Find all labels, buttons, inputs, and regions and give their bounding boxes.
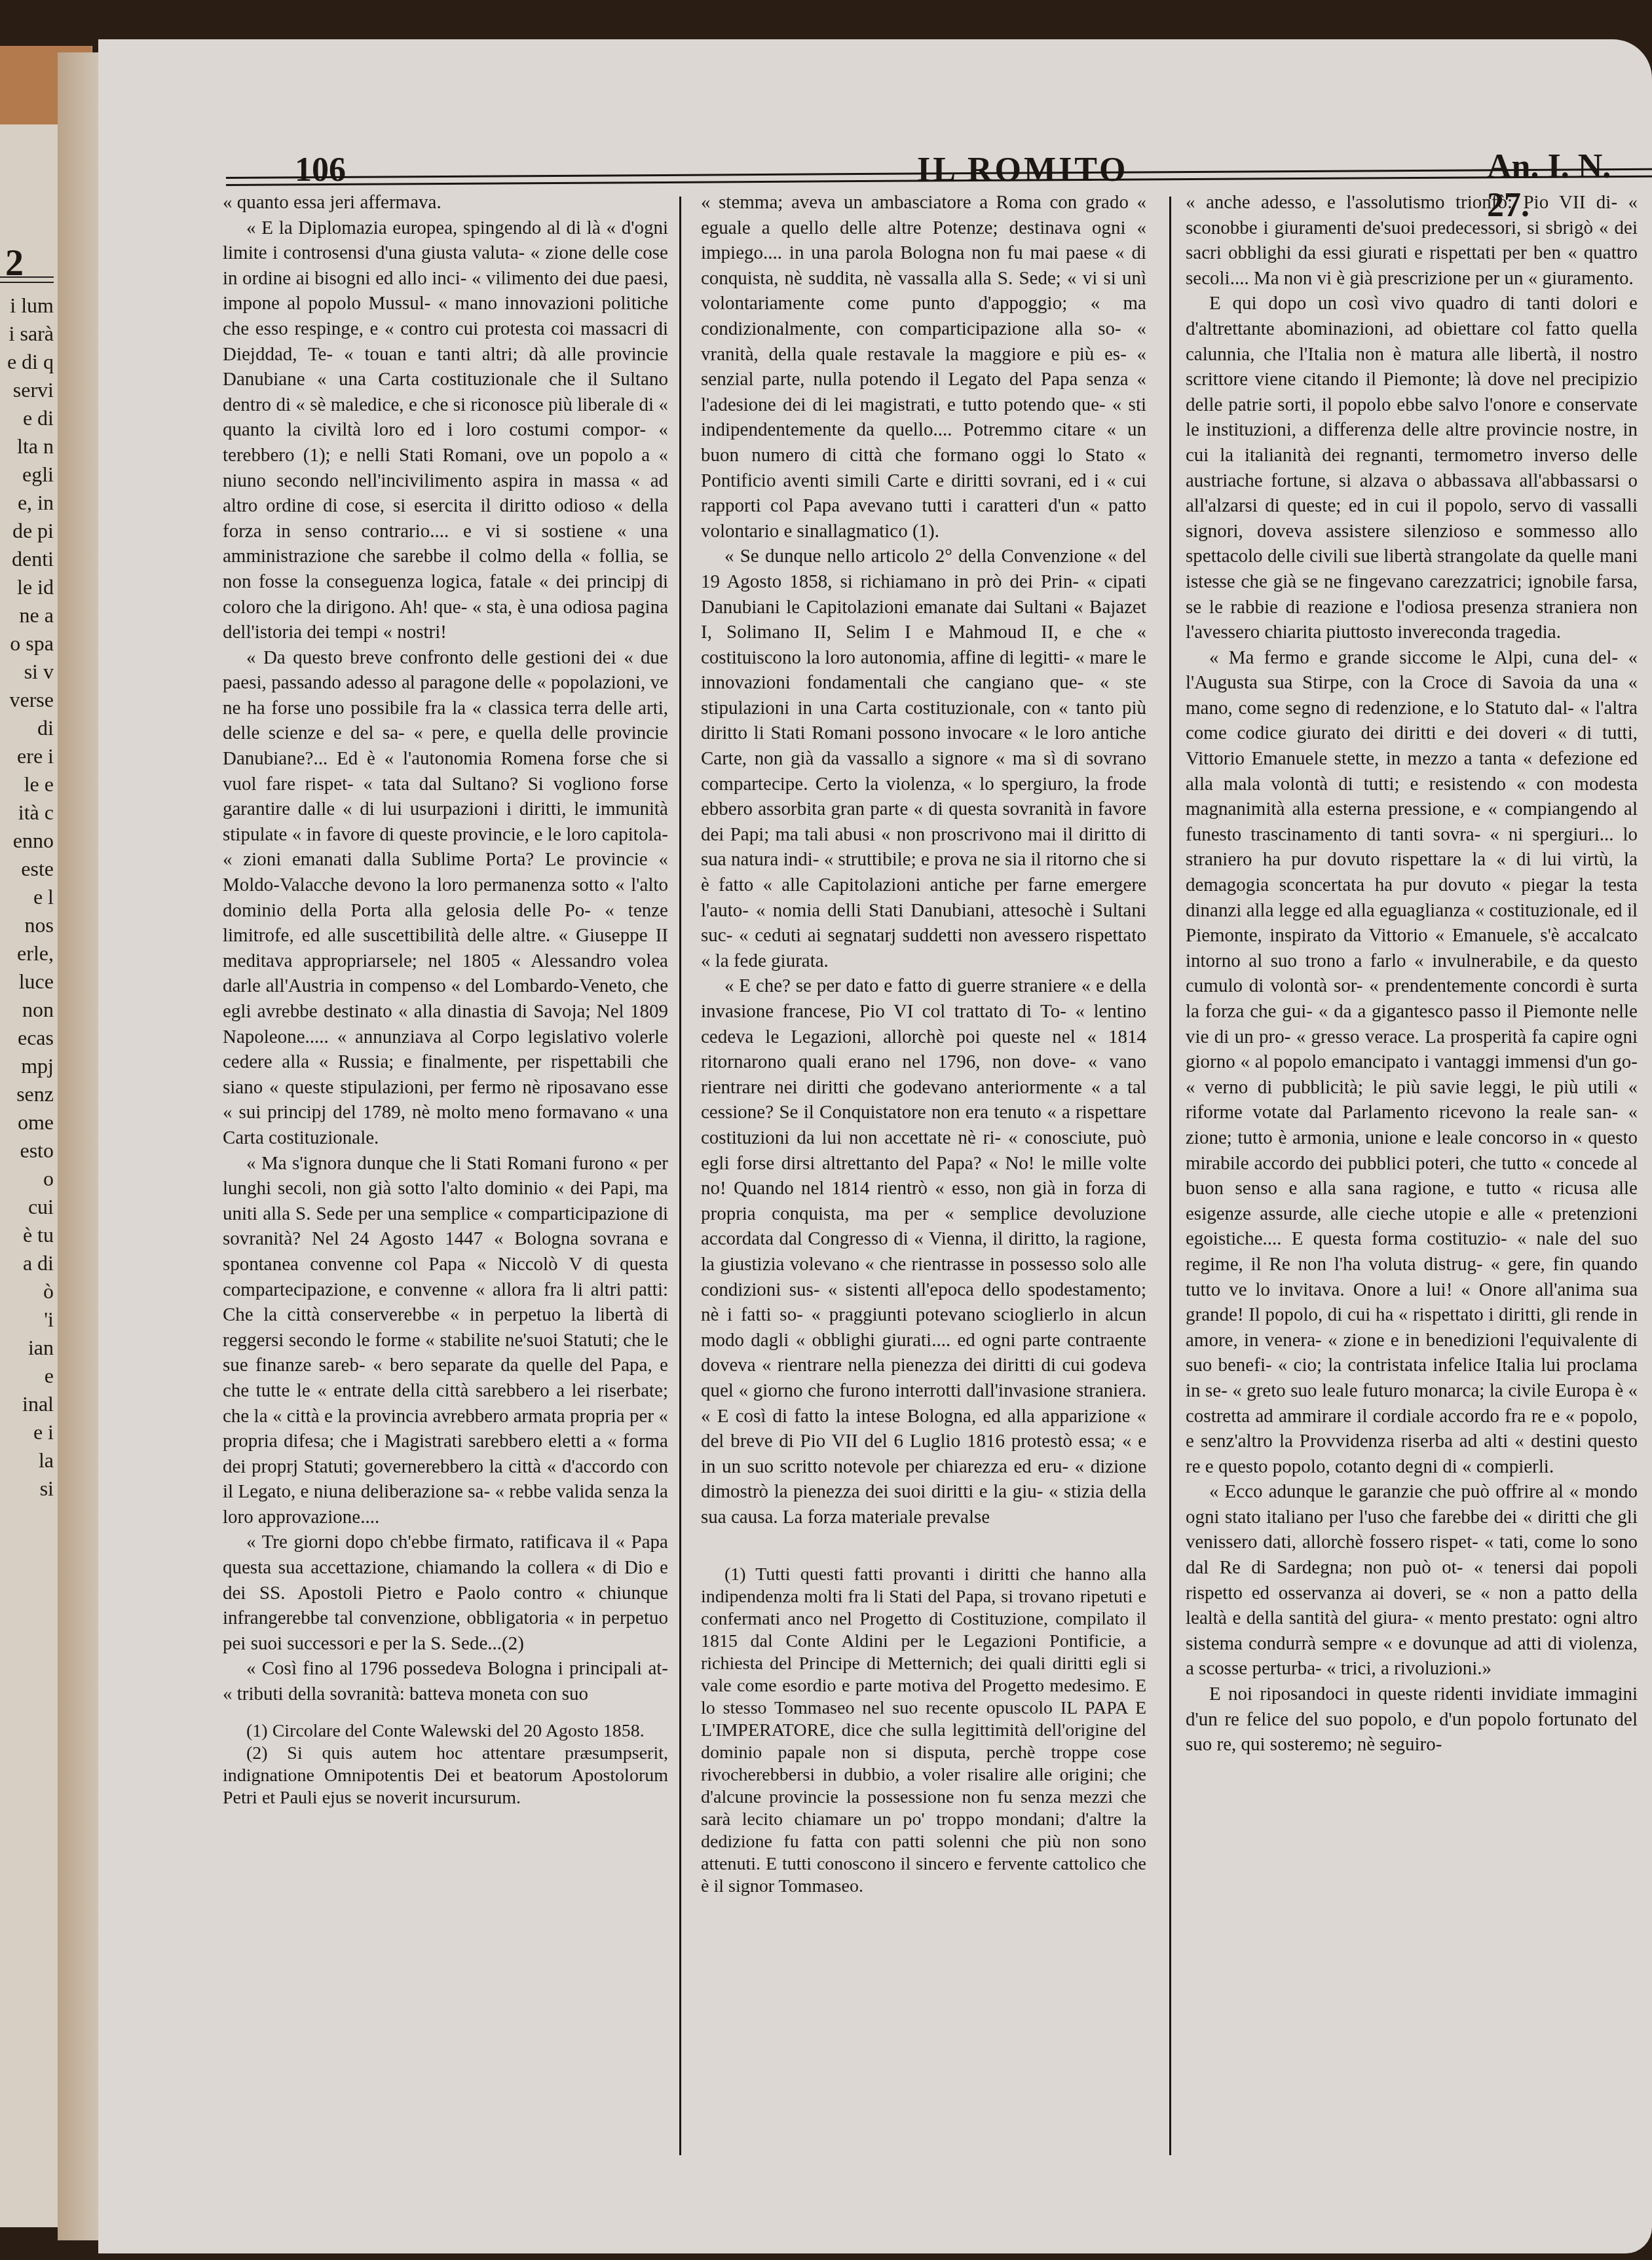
paragraph: « Se dunque nello articolo 2° della Conv…: [701, 544, 1146, 973]
previous-page-line: ità c: [0, 799, 54, 827]
column-divider: [1169, 197, 1171, 2155]
previous-page-line: inal: [0, 1390, 54, 1418]
previous-page-line: la: [0, 1446, 54, 1475]
previous-page-line: e i: [0, 1418, 54, 1446]
previous-page-line: a di: [0, 1249, 54, 1277]
column-divider: [679, 197, 681, 2155]
previous-page-line: si: [0, 1475, 54, 1503]
previous-page-line: senz: [0, 1080, 54, 1108]
previous-page-line: ome: [0, 1108, 54, 1137]
previous-page-line: cui: [0, 1193, 54, 1221]
previous-page-text: i lumi saràe di qservie dilta neglie, in…: [0, 292, 54, 1503]
paragraph: « stemma; aveva un ambasciatore a Roma c…: [701, 190, 1146, 544]
previous-page-line: i lum: [0, 292, 54, 320]
previous-page-line: servi: [0, 376, 54, 404]
paragraph: « Ma s'ignora dunque che li Stati Romani…: [223, 1151, 668, 1530]
previous-page-line: ian: [0, 1334, 54, 1362]
footnotes: (1) Tutti questi fatti provanti i diritt…: [701, 1564, 1146, 1898]
previous-page-line: lta n: [0, 432, 54, 461]
previous-page-line: luce: [0, 968, 54, 996]
previous-page-line: le id: [0, 573, 54, 601]
footnotes: (1) Circolare del Conte Walewski del 20 …: [223, 1720, 668, 1809]
previous-page-line: ecas: [0, 1024, 54, 1052]
previous-page-line: nos: [0, 911, 54, 939]
previous-page-line: di: [0, 714, 54, 742]
footnote: (1) Circolare del Conte Walewski del 20 …: [223, 1720, 668, 1742]
previous-page-line: esto: [0, 1137, 54, 1165]
previous-page-line: e l: [0, 883, 54, 911]
page-header: 106 IL ROMITO An. I. N. 27.: [98, 111, 1652, 164]
previous-page-line: e di q: [0, 348, 54, 376]
previous-page-line: e, in: [0, 489, 54, 517]
column-2: « stemma; aveva un ambasciatore a Roma c…: [701, 190, 1146, 1898]
previous-page-line: este: [0, 855, 54, 883]
paragraph: E noi riposandoci in queste ridenti invi…: [1186, 1682, 1638, 1758]
paragraph: « E la Diplomazia europea, spingendo al …: [223, 216, 668, 645]
previous-page-line: i sarà: [0, 320, 54, 348]
paragraph: « Ma fermo e grande siccome le Alpi, cun…: [1186, 645, 1638, 1480]
column-3: « anche adesso, e l'assolutismo trionfò:…: [1186, 190, 1638, 1758]
previous-page-line: o: [0, 1165, 54, 1193]
paragraph: « E che? se per dato e fatto di guerre s…: [701, 973, 1146, 1530]
paragraph: « quanto essa jeri affermava.: [223, 190, 668, 216]
previous-page-rule: [0, 276, 54, 283]
previous-page-line: denti: [0, 545, 54, 573]
newspaper-page: 106 IL ROMITO An. I. N. 27. « quanto ess…: [98, 39, 1652, 2253]
paragraph: « Così fino al 1796 possedeva Bologna i …: [223, 1656, 668, 1706]
paragraph: E qui dopo un così vivo quadro di tanti …: [1186, 291, 1638, 645]
previous-page-line: è tu: [0, 1221, 54, 1249]
previous-page-line: ò: [0, 1277, 54, 1306]
previous-page-line: si v: [0, 658, 54, 686]
column-1: « quanto essa jeri affermava. « E la Dip…: [223, 190, 668, 1809]
previous-page-line: o spa: [0, 630, 54, 658]
footnote: (1) Tutti questi fatti provanti i diritt…: [701, 1564, 1146, 1898]
previous-page-line: egli: [0, 461, 54, 489]
previous-page-line: enno: [0, 827, 54, 855]
previous-page-line: 'i: [0, 1306, 54, 1334]
paragraph: « anche adesso, e l'assolutismo trionfò:…: [1186, 190, 1638, 291]
paragraph: « Tre giorni dopo ch'ebbe firmato, ratif…: [223, 1530, 668, 1656]
paragraph: « Ecco adunque le garanzie che può offri…: [1186, 1479, 1638, 1682]
previous-page-line: le e: [0, 770, 54, 799]
previous-page-line: e: [0, 1362, 54, 1390]
previous-page-line: ne a: [0, 601, 54, 630]
previous-page-line: erle,: [0, 939, 54, 968]
masthead-title: IL ROMITO: [917, 151, 1129, 189]
paragraph: « Da questo breve confronto delle gestio…: [223, 645, 668, 1151]
previous-page-line: non: [0, 996, 54, 1024]
previous-page-line: mpj: [0, 1052, 54, 1080]
previous-page-line: verse: [0, 686, 54, 714]
previous-page-line: ere i: [0, 742, 54, 770]
previous-page-line: de pi: [0, 517, 54, 545]
footnote: (2) Si quis autem hoc attentare præsumps…: [223, 1742, 668, 1809]
previous-page-line: e di: [0, 404, 54, 432]
